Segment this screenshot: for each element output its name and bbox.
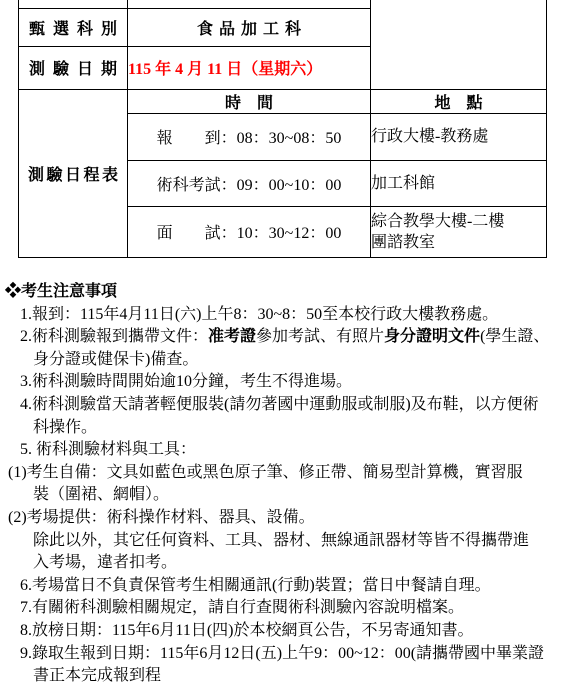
note-2-suffix: (學生證、 xyxy=(480,328,549,345)
time-column-header: 時 間 xyxy=(128,89,371,113)
checkin-time: 報 到：08：30~08：50 xyxy=(128,113,371,160)
cutoff-row-value-cell xyxy=(128,0,371,8)
category-label: 甄選科別 xyxy=(19,16,127,39)
note-2-prefix: 2.術科測驗報到攜帶文件： xyxy=(20,328,208,345)
interview-location-line2: 團諮教室 xyxy=(371,232,546,253)
note-4: 4.術科測驗當天請著輕便服裝(請勿著國中運動服或制服)及布鞋，以方便術 xyxy=(0,394,565,417)
exam-date-value: 115 年 4 月 11 日（星期六） xyxy=(128,46,371,89)
note-2-continuation: 身分證或健保卡)備查。 xyxy=(0,349,565,372)
note-3: 3.術科測驗時間開始逾10分鐘，考生不得進場。 xyxy=(0,371,565,394)
cutoff-row xyxy=(19,0,547,8)
note-5-item-1: (1)考生自備：文具如藍色或黑色原子筆、修正帶、簡易型計算機，實習服 xyxy=(0,462,565,485)
note-7: 7.有關術科測驗相關規定，請自行查閱術科測驗內容說明檔案。 xyxy=(0,597,565,620)
note-5-item-2: (2)考場提供：術科操作材料、器具、設備。 xyxy=(0,507,565,530)
practical-exam-time: 術科考試：09：00~10：00 xyxy=(128,160,371,206)
note-1: 1.報到：115年4月11日(六)上午8：30~8：50至本校行政大樓教務處。 xyxy=(0,304,565,327)
note-9-continuation: 書正本完成報到程 xyxy=(0,665,565,683)
note-2-bold-admission-ticket: 准考證 xyxy=(208,328,256,345)
note-2-mid: 參加考試、有照片 xyxy=(256,328,384,345)
notes-heading-text: 考生注意事項 xyxy=(21,283,117,300)
schedule-label-cell: 測驗日程表 xyxy=(19,89,128,257)
schedule-header-row: 測驗日程表 時 間 地 點 xyxy=(19,89,547,113)
note-5: 5. 術科測驗材料與工具： xyxy=(0,439,565,462)
note-2: 2.術科測驗報到攜帶文件：准考證參加考試、有照片身分證明文件(學生證、 xyxy=(0,326,565,349)
interview-location-line1: 綜合教學大樓-二樓 xyxy=(371,211,546,232)
note-5-item-2b-continuation: 入考場，違者扣考。 xyxy=(0,552,565,575)
note-4-continuation: 科操作。 xyxy=(0,417,565,440)
note-9: 9.錄取生報到日期：115年6月12日(五)上午9：00~12：00(請攜帶國中… xyxy=(0,643,565,666)
category-label-cell: 甄選科別 xyxy=(19,8,128,46)
top-right-empty-cell xyxy=(371,0,547,89)
exam-info-table: 甄選科別 食品加工科 測驗日期 115 年 4 月 11 日（星期六） 測驗日程… xyxy=(18,0,547,258)
date-label: 測驗日期 xyxy=(19,56,127,79)
note-5-item-2b: 除此以外，其它任何資料、工具、器材、無線通訊器材等皆不得攜帶進 xyxy=(0,530,565,553)
category-value: 食品加工科 xyxy=(128,8,371,46)
note-5-item-1-continuation: 裝（圍裙、網帽）。 xyxy=(0,484,565,507)
note-6: 6.考場當日不負責保管考生相關通訊(行動)裝置；當日中餐請自理。 xyxy=(0,575,565,598)
notes-heading: ❖考生注意事項 xyxy=(0,281,565,304)
practical-exam-location: 加工科館 xyxy=(371,160,547,206)
diamond-bullet-icon: ❖ xyxy=(5,283,21,300)
note-8: 8.放榜日期：115年6月11日(四)於本校網頁公告，不另寄通知書。 xyxy=(0,620,565,643)
location-column-header: 地 點 xyxy=(371,89,547,113)
interview-location: 綜合教學大樓-二樓 團諮教室 xyxy=(371,206,547,257)
candidate-notes-section: ❖考生注意事項 1.報到：115年4月11日(六)上午8：30~8：50至本校行… xyxy=(0,281,565,683)
checkin-location: 行政大樓-教務處 xyxy=(371,113,547,160)
schedule-label: 測驗日程表 xyxy=(19,162,127,185)
date-label-cell: 測驗日期 xyxy=(19,46,128,89)
interview-time: 面 試：10：30~12：00 xyxy=(128,206,371,257)
cutoff-row-label-cell xyxy=(19,0,128,8)
note-2-bold-id-documents: 身分證明文件 xyxy=(384,328,480,345)
